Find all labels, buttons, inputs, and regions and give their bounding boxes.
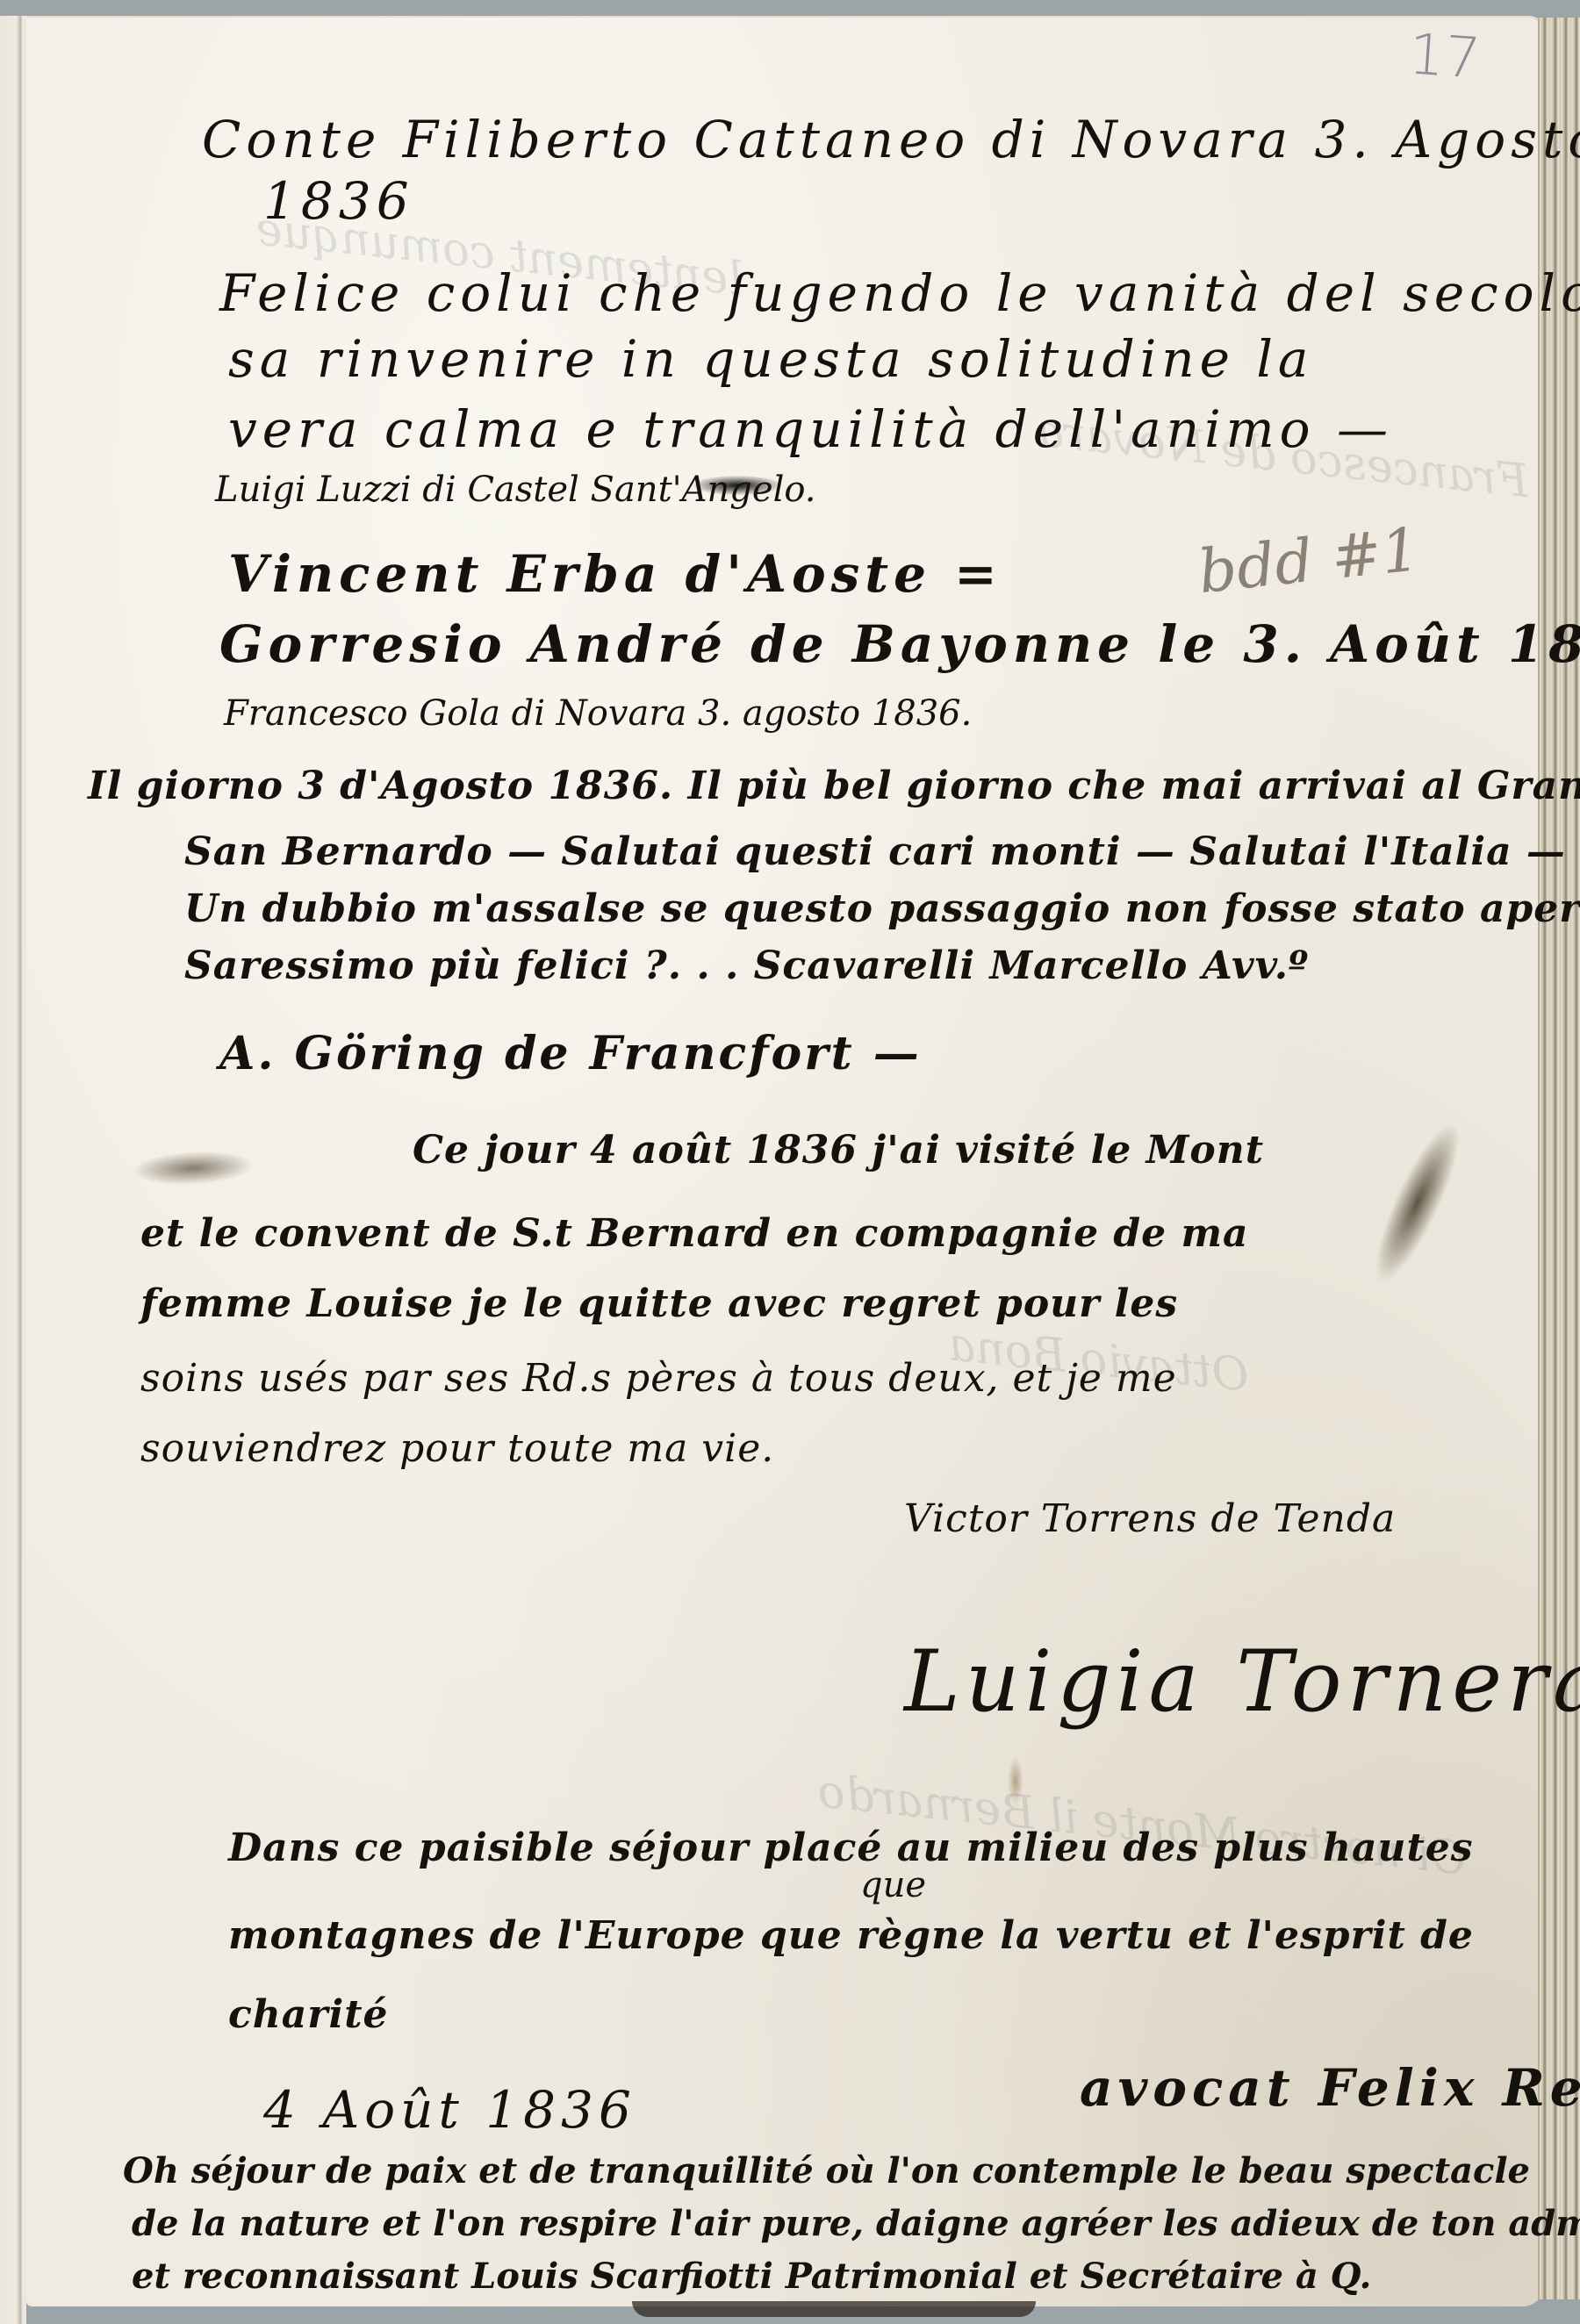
binding-shadow [632, 2301, 1036, 2317]
signature: Gorresio André de Bayonne le 3. Août 183… [219, 614, 1580, 674]
entry-line: Dans ce paisible séjour placé au milieu … [228, 1825, 1474, 1870]
entry-line: Oh séjour de paix et de tranquillité où … [123, 2150, 1530, 2191]
entry-line: Saressimo più felici ?. . . Scavarelli M… [184, 943, 1309, 988]
entry-line: vera calma e tranquilità dell'animo — [228, 399, 1393, 459]
flourish [966, 351, 985, 353]
entry-line: Ce jour 4 août 1836 j'ai visité le Mont [413, 1128, 1264, 1173]
entry-line: Conte Filiberto Cattaneo di Novara 3. Ag… [202, 110, 1580, 169]
signature: avocat Felix Re [1080, 2058, 1580, 2118]
signature: A. Göring de Francfort — [219, 1027, 922, 1080]
left-page-edge [0, 16, 26, 2324]
entry-line: femme Louise je le quitte avec regret po… [140, 1281, 1178, 1326]
entry-line: souviendrez pour toute ma vie. [140, 1426, 774, 1471]
entry-line: charité [228, 1992, 389, 2037]
entry-line: Un dubbio m'assalse se questo passaggio … [184, 886, 1580, 931]
entry-line: montagnes de l'Europe que règne la vertu… [228, 1913, 1474, 1958]
interlinear-insert: que [860, 1865, 926, 1905]
signature: Francesco Gola di Novara 3. agosto 1836. [224, 693, 972, 734]
signature: Luigia Tornera [904, 1632, 1580, 1731]
entry-line: et reconnaissant Louis Scarfiotti Patrim… [132, 2256, 1371, 2297]
signature: Vincent Erba d'Aoste = [228, 544, 1002, 604]
entry-line: Il giorno 3 d'Agosto 1836. Il più bel gi… [88, 764, 1580, 808]
entry-line: soins usés par ses Rd.s pères à tous deu… [140, 1356, 1177, 1401]
entry-line: de la nature et l'on respire l'air pure,… [132, 2203, 1580, 2244]
entry-line: et le convent de S.t Bernard en compagni… [140, 1211, 1249, 1256]
signature: Luigi Luzzi di Castel Sant'Angelo. [215, 470, 815, 510]
entry-line: sa rinvenire in questa solitudine la [228, 329, 1314, 389]
entry-line: 1836 [263, 171, 414, 231]
page-stack-edge [1538, 18, 1580, 2299]
entry-date: 4 Août 1836 [263, 2080, 636, 2140]
signature: Victor Torrens de Tenda [904, 1496, 1396, 1541]
entry-line: San Bernardo — Salutai questi cari monti… [184, 829, 1566, 874]
folio-number: 17 [1407, 22, 1483, 92]
entry-line: Felice colui che fugendo le vanità del s… [219, 263, 1580, 323]
